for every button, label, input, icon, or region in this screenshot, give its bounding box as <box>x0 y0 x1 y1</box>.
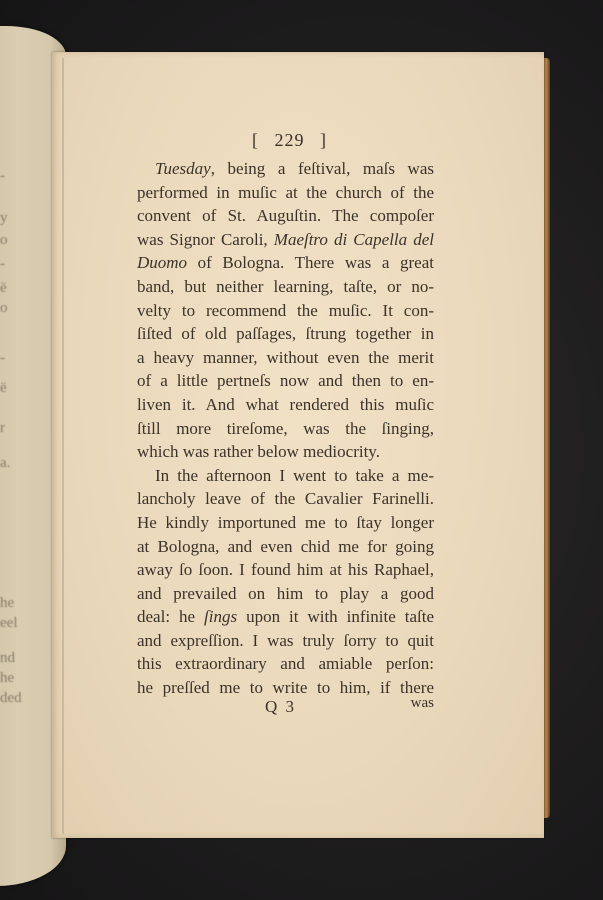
text-run: ſtill more tireſome, was the ſinging, <box>137 419 434 438</box>
text-run: band, but neither learning, taſte, or no… <box>137 277 434 296</box>
text-run: lancholy leave of the Cavalier Farinelli… <box>137 489 434 508</box>
bleed-fragment: he <box>0 595 14 612</box>
text-run: ſiſted of old paſſages, ſtrung together … <box>137 324 434 343</box>
text-run: of a little pertneſs now and then to en- <box>137 371 434 390</box>
bleed-fragment: o <box>0 300 8 317</box>
text-line: and prevailed on him to play a good <box>137 582 434 606</box>
bleed-fragment: ded <box>0 690 22 707</box>
text-run: at Bologna, and even chid me for going <box>137 537 434 556</box>
italic-run: Maeſtro di Capella del <box>274 230 434 249</box>
text-line: Tuesday, being a feſtival, maſs was <box>137 157 434 181</box>
text-line: away ſo ſoon. I found him at his Raphael… <box>137 558 434 582</box>
text-line: performed in muſic at the church of the <box>137 181 434 205</box>
text-line: band, but neither learning, taſte, or no… <box>137 275 434 299</box>
page-footer: Q 3 was <box>137 695 434 717</box>
page-number: [ 229 ] <box>252 130 327 151</box>
text-line: this extraordinary and amiable perſon: <box>137 652 434 676</box>
text-line: In the afternoon I went to take a me- <box>137 464 434 488</box>
italic-run: ſings <box>204 607 237 626</box>
text-run: was Signor Caroli, <box>137 230 274 249</box>
text-run: this extraordinary and amiable perſon: <box>137 654 434 673</box>
text-run: performed in muſic at the church of the <box>137 183 434 202</box>
text-line: Duomo of Bologna. There was a great <box>137 251 434 275</box>
text-run: a heavy manner, without even the merit <box>137 348 434 367</box>
bleed-fragment: a. <box>0 455 10 472</box>
italic-run: Duomo <box>137 253 187 272</box>
bleed-fragment: nd <box>0 650 15 667</box>
bleed-fragment: o <box>0 232 8 249</box>
text-line: of a little pertneſs now and then to en- <box>137 369 434 393</box>
text-run: and prevailed on him to play a good <box>137 584 434 603</box>
text-line: was Signor Caroli, Maeſtro di Capella de… <box>137 228 434 252</box>
text-run: liven it. And what rendered this muſic <box>137 395 434 414</box>
bleed-fragment: - <box>0 350 5 367</box>
bleed-fragment: eel <box>0 615 17 632</box>
bleed-fragment: he <box>0 670 14 687</box>
text-run: velty to recommend the muſic. It con- <box>137 301 434 320</box>
text-run: and expreſſion. I was truly ſorry to qui… <box>137 631 434 650</box>
text-run: He kindly importuned me to ſtay longer <box>137 513 434 532</box>
bleed-fragment: - <box>0 168 5 185</box>
text-run: deal: he <box>137 607 204 626</box>
text-run: upon it with infinite taſte <box>237 607 434 626</box>
text-line: and expreſſion. I was truly ſorry to qui… <box>137 629 434 653</box>
text-line: He kindly importuned me to ſtay longer <box>137 511 434 535</box>
bleed-fragment: - <box>0 256 5 273</box>
bleed-fragment: r <box>0 420 5 437</box>
text-line: ſtill more tireſome, was the ſinging, <box>137 417 434 441</box>
bleed-fragment: y <box>0 210 8 227</box>
italic-run: Tuesday <box>155 159 211 178</box>
text-run: In the afternoon I went to take a me- <box>155 466 434 485</box>
text-line: lancholy leave of the Cavalier Farinelli… <box>137 487 434 511</box>
text-line: ſiſted of old paſſages, ſtrung together … <box>137 322 434 346</box>
text-line: liven it. And what rendered this muſic <box>137 393 434 417</box>
text-line: deal: he ſings upon it with infinite taſ… <box>137 605 434 629</box>
bleed-fragment: ë <box>0 280 7 297</box>
text-line: velty to recommend the muſic. It con- <box>137 299 434 323</box>
text-line: convent of St. Auguſtin. The compoſer <box>137 204 434 228</box>
text-run: convent of St. Auguſtin. The compoſer <box>137 206 434 225</box>
text-run: , being a feſtival, maſs was <box>211 159 434 178</box>
text-line: which was rather below mediocrity. <box>137 440 434 464</box>
catchword: was <box>411 695 434 712</box>
gutter-shadow <box>62 58 64 834</box>
text-run: away ſo ſoon. I found him at his Raphael… <box>137 560 434 579</box>
body-text: Tuesday, being a feſtival, maſs wasperfo… <box>137 157 434 700</box>
text-run: which was rather below mediocrity. <box>137 442 380 461</box>
text-run: of Bologna. There was a great <box>187 253 434 272</box>
signature-mark: Q 3 <box>265 697 296 717</box>
bleed-fragment: ë <box>0 380 7 397</box>
text-line: a heavy manner, without even the merit <box>137 346 434 370</box>
text-line: at Bologna, and even chid me for going <box>137 535 434 559</box>
